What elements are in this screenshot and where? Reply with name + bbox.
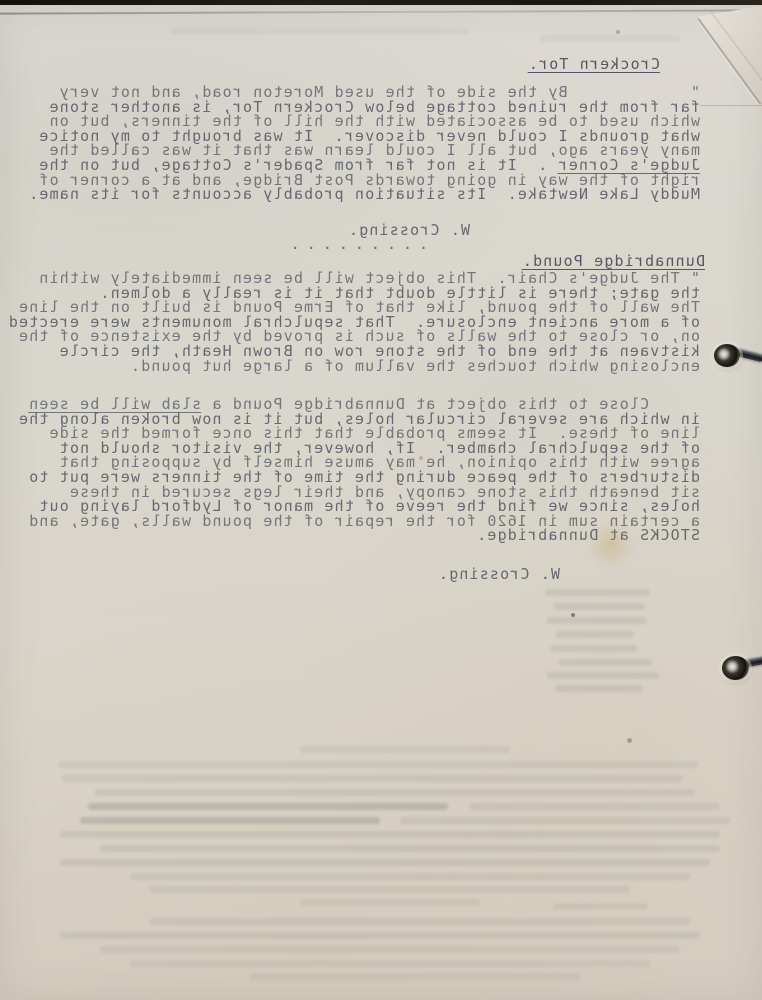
bleedthrough-line	[555, 685, 642, 692]
text-line-start: Close to this object at Dunnabridge Poun…	[201, 395, 700, 413]
bleedthrough-line	[150, 886, 630, 893]
text-line: on, or close to the walls of such is pro…	[8, 329, 700, 344]
heading-dunnabridge-pound: Dunnabridge Pound.	[522, 252, 705, 270]
stain-dot	[419, 456, 423, 460]
binder-post-hole	[714, 344, 740, 367]
bleedthrough-line	[300, 899, 480, 906]
bleedthrough-line	[300, 746, 510, 753]
bleedthrough-dots	[553, 904, 648, 909]
bleedthrough-line	[540, 35, 680, 42]
bleedthrough-line	[95, 789, 695, 796]
bleedthrough-line	[470, 803, 720, 810]
yellow-stain	[585, 523, 637, 567]
underlined-phrase-slab: slab will be seen	[28, 395, 201, 413]
bleedthrough-line	[62, 775, 682, 782]
binder-post-hole	[722, 656, 749, 680]
stain-dot	[627, 738, 632, 743]
text-line: " By the side of the used Moreton road, …	[28, 85, 700, 100]
bleedthrough-line	[130, 873, 690, 880]
text-line: Muddy Lake Newtake. Its situation probab…	[28, 187, 700, 202]
fold-crease	[700, 105, 762, 106]
text-line: enclosing which touches the vallum of a …	[8, 359, 700, 374]
paragraph-dunnabridge-1: " The Judge's Chair. This object will be…	[8, 271, 700, 373]
bleedthrough-line	[556, 631, 634, 638]
text-line: sit beneath this stone canopy, and their…	[18, 485, 700, 500]
bleedthrough-line	[58, 761, 698, 768]
paragraph-crockern-tor: " By the side of the used Moreton road, …	[28, 85, 700, 202]
bleedthrough-line	[130, 960, 650, 967]
text-line: agree with this opinion, he may amuse hi…	[18, 455, 700, 470]
bleedthrough-line	[170, 27, 470, 34]
paper-sheet: Crockern Tor. " By the side of the used …	[0, 5, 762, 1000]
text-line: The wall of the pound, like that of Erme…	[8, 300, 700, 315]
text-line: Close to this object at Dunnabridge Poun…	[18, 397, 700, 412]
text-line: which used to be associated with the hil…	[28, 114, 700, 129]
bleedthrough-line	[551, 645, 637, 652]
bleedthrough-line	[400, 817, 730, 824]
ink-speck	[571, 613, 575, 617]
text-line: " The Judge's Chair. This object will be…	[8, 271, 700, 286]
bleedthrough-line	[150, 918, 690, 925]
bleedthrough-line	[250, 973, 580, 980]
bleedthrough-line	[100, 946, 680, 953]
bleedthrough-line	[547, 672, 659, 679]
text-line: right of the way in going towards Post B…	[28, 173, 700, 188]
bleedthrough-line	[60, 831, 720, 838]
bleedthrough-line	[60, 859, 710, 866]
bleedthrough-line	[100, 845, 720, 852]
bleedthrough-line	[80, 817, 380, 824]
signature-w-crossing: W. Crossing.	[438, 565, 560, 583]
bleedthrough-line	[547, 617, 646, 624]
text-line: line of these. It seems probable that th…	[18, 426, 700, 441]
paragraph-dunnabridge-2: Close to this object at Dunnabridge Poun…	[18, 397, 700, 543]
bleedthrough-line	[60, 932, 700, 939]
stain-dot	[616, 30, 620, 34]
bleedthrough-line	[88, 803, 448, 810]
bleedthrough-line	[553, 603, 645, 610]
text-line: many years ago, but all I could learn wa…	[28, 143, 700, 158]
dotted-separator: .........	[284, 235, 428, 253]
bleedthrough-line	[559, 659, 652, 666]
photo-of-document: Crockern Tor. " By the side of the used …	[0, 0, 762, 1000]
bleedthrough-line	[545, 589, 650, 596]
heading-crockern-tor: Crockern Tor.	[528, 55, 660, 73]
